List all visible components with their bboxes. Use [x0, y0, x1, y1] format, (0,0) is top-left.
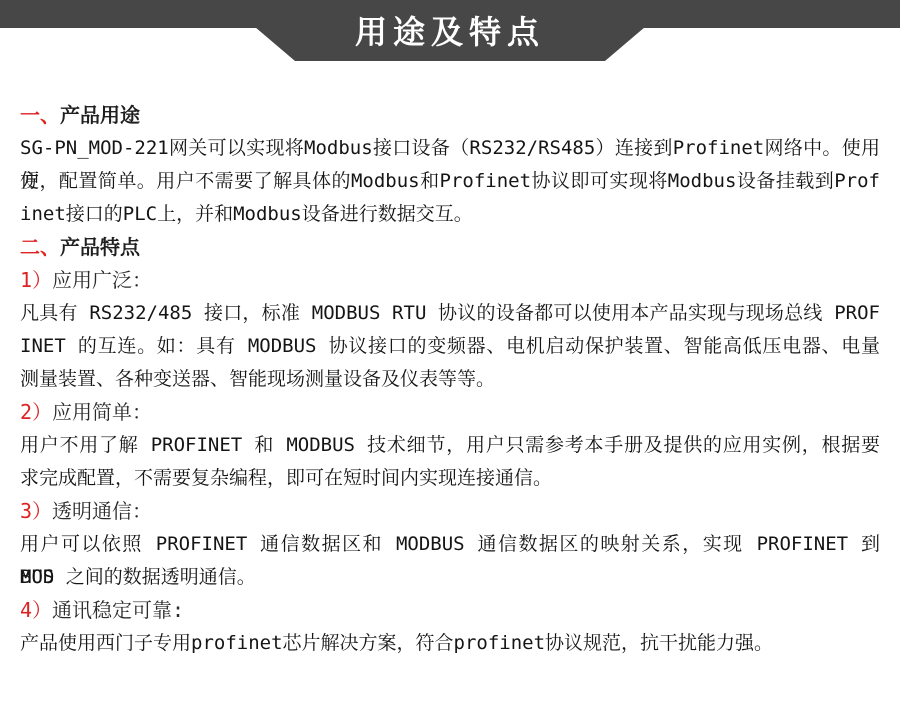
feature-subheading-4: 4）通讯稳定可靠: [20, 594, 880, 627]
subheading-text: 应用广泛： [52, 268, 152, 292]
line-text: 用户不用了解 PROFINET 和 MODBUS 技术细节，用户只需参考本手册及… [20, 434, 880, 456]
paragraph-line: inet接口的PLC上，并和Modbus设备进行数据交互。 [20, 198, 880, 231]
paragraph-line: 产品使用西门子专用profinet芯片解决方案，符合profinet协议规范，抗… [20, 627, 880, 660]
heading-number: 二、 [20, 235, 60, 259]
line-text: INET 的互连。如：具有 MODBUS 协议接口的变频器、电机启动保护装置、智… [20, 335, 880, 357]
feature-subheading-1: 1）应用广泛： [20, 264, 880, 297]
paragraph-line: INET 的互连。如：具有 MODBUS 协议接口的变频器、电机启动保护装置、智… [20, 330, 880, 363]
line-text: 产品使用西门子专用profinet芯片解决方案，符合profinet协议规范，抗… [20, 632, 773, 654]
line-text: BUS 之间的数据透明通信。 [20, 566, 256, 588]
subheading-number: 4） [20, 598, 52, 622]
paragraph-line: 用户可以依照 PROFINET 通信数据区和 MODBUS 通信数据区的映射关系… [20, 528, 880, 561]
paragraph-line: SG-PN_MOD-221网关可以实现将Modbus接口设备（RS232/RS4… [20, 132, 880, 165]
line-text: 凡具有 RS232/485 接口，标准 MODBUS RTU 协议的设备都可以使… [20, 302, 880, 324]
paragraph-line: 测量装置、各种变送器、智能现场测量设备及仪表等等。 [20, 363, 880, 396]
paragraph-line: 凡具有 RS232/485 接口，标准 MODBUS RTU 协议的设备都可以使… [20, 297, 880, 330]
section-heading-2: 二、产品特点 [20, 231, 880, 264]
section-heading-1: 一、产品用途 [20, 99, 880, 132]
line-text: 便，配置简单。用户不需要了解具体的Modbus和Profinet协议即可实现将M… [20, 170, 880, 192]
page-banner: 用途及特点 [0, 0, 900, 62]
paragraph-line: BUS 之间的数据透明通信。 [20, 561, 880, 594]
line-text: 求完成配置，不需要复杂编程，即可在短时间内实现连接通信。 [20, 467, 552, 489]
heading-text: 产品特点 [60, 235, 140, 259]
document-body: 一、产品用途 SG-PN_MOD-221网关可以实现将Modbus接口设备（RS… [20, 99, 880, 660]
subheading-number: 2） [20, 400, 52, 424]
subheading-text: 应用简单： [52, 400, 152, 424]
line-text: 测量装置、各种变送器、智能现场测量设备及仪表等等。 [20, 368, 495, 390]
subheading-text: 通讯稳定可靠: [52, 598, 184, 622]
heading-number: 一、 [20, 103, 60, 127]
heading-text: 产品用途 [60, 103, 140, 127]
paragraph-line: 便，配置简单。用户不需要了解具体的Modbus和Profinet协议即可实现将M… [20, 165, 880, 198]
feature-subheading-2: 2）应用简单： [20, 396, 880, 429]
paragraph-line: 求完成配置，不需要复杂编程，即可在短时间内实现连接通信。 [20, 462, 880, 495]
feature-subheading-3: 3）透明通信： [20, 495, 880, 528]
paragraph-line: 用户不用了解 PROFINET 和 MODBUS 技术细节，用户只需参考本手册及… [20, 429, 880, 462]
line-text: inet接口的PLC上，并和Modbus设备进行数据交互。 [20, 203, 473, 225]
subheading-text: 透明通信： [52, 499, 152, 523]
page-title: 用途及特点 [0, 16, 900, 48]
subheading-number: 3） [20, 499, 52, 523]
subheading-number: 1） [20, 268, 52, 292]
